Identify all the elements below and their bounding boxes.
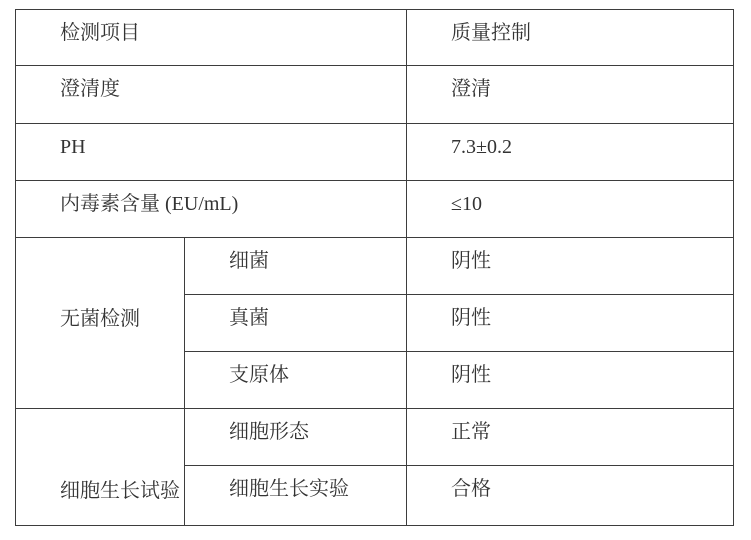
cell-value-bacteria: 阴性 [407, 238, 734, 295]
cell-value-fungi: 阴性 [407, 295, 734, 352]
cell-sub-item-bacteria: 细菌 [185, 238, 407, 295]
qc-table: 检测项目 质量控制 澄清度 澄清 PH 7.3±0.2 内毒素含量 (EU/mL… [15, 9, 734, 526]
group-cell-sterility-test: 无菌检测 [16, 238, 185, 409]
header-cell-quality-control: 质量控制 [407, 10, 734, 66]
cell-item-clarity: 澄清度 [16, 66, 407, 124]
page-background: 检测项目 质量控制 澄清度 澄清 PH 7.3±0.2 内毒素含量 (EU/mL… [0, 0, 751, 540]
table-row-bacteria: 无菌检测 细菌 阴性 [16, 238, 734, 295]
table-row-cell-morphology: 细胞生长试验 细胞形态 正常 [16, 409, 734, 466]
cell-sub-item-morphology: 细胞形态 [185, 409, 407, 466]
cell-item-endotoxin: 内毒素含量 (EU/mL) [16, 181, 407, 238]
cell-value-morphology: 正常 [407, 409, 734, 466]
table-row-header: 检测项目 质量控制 [16, 10, 734, 66]
group-cell-cell-growth-test: 细胞生长试验 [16, 409, 185, 526]
cell-item-ph: PH [16, 124, 407, 181]
cell-sub-item-fungi: 真菌 [185, 295, 407, 352]
cell-value-clarity: 澄清 [407, 66, 734, 124]
header-cell-test-item: 检测项目 [16, 10, 407, 66]
cell-value-mycoplasma: 阴性 [407, 352, 734, 409]
cell-sub-item-growth-experiment: 细胞生长实验 [185, 466, 407, 526]
cell-sub-item-mycoplasma: 支原体 [185, 352, 407, 409]
table-row-endotoxin: 内毒素含量 (EU/mL) ≤10 [16, 181, 734, 238]
cell-value-growth-experiment: 合格 [407, 466, 734, 526]
cell-value-ph: 7.3±0.2 [407, 124, 734, 181]
cell-value-endotoxin: ≤10 [407, 181, 734, 238]
table-row-ph: PH 7.3±0.2 [16, 124, 734, 181]
table-row-clarity: 澄清度 澄清 [16, 66, 734, 124]
